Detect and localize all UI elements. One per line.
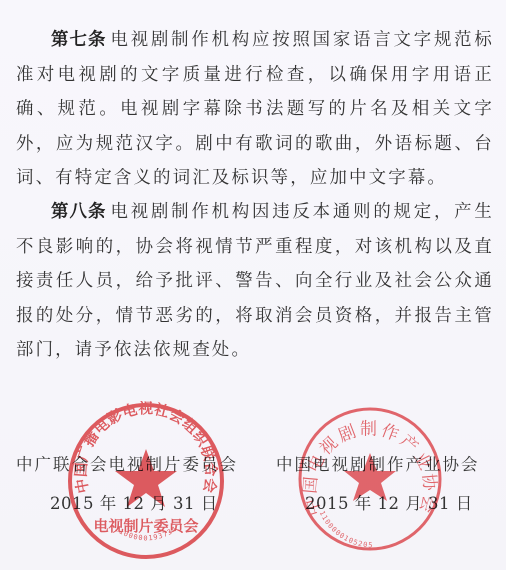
star-icon <box>344 453 396 501</box>
article-8-number: 第八条 <box>51 202 107 222</box>
article-8: 第八条电视剧制作机构因违反本通则的规定，产生不良影响的，协会将视情节严重程度，对… <box>16 195 494 368</box>
document-page: 第七条电视剧制作机构应按照国家语言文字规范标准对电视剧的文字质量进行检查，以确保… <box>0 0 506 570</box>
official-seal-right: 中国电视剧制作产业协会 1100000105205 <box>296 405 444 553</box>
article-7: 第七条电视剧制作机构应按照国家语言文字规范标准对电视剧的文字质量进行检查，以确保… <box>16 23 494 196</box>
star-icon <box>115 449 177 507</box>
article-7-number: 第七条 <box>51 30 107 50</box>
official-seal-left: 中国广播电影电视社会组织联合会 电视制片委员会 1100000193734 <box>66 401 226 561</box>
article-7-text: 电视剧制作机构应按照国家语言文字规范标准对电视剧的文字质量进行检查，以确保用字用… <box>16 30 494 188</box>
article-8-text: 电视剧制作机构因违反本通则的规定，产生不良影响的，协会将视情节严重程度，对该机构… <box>16 202 494 360</box>
seal-left-inner-text: 电视制片委员会 <box>93 517 198 535</box>
